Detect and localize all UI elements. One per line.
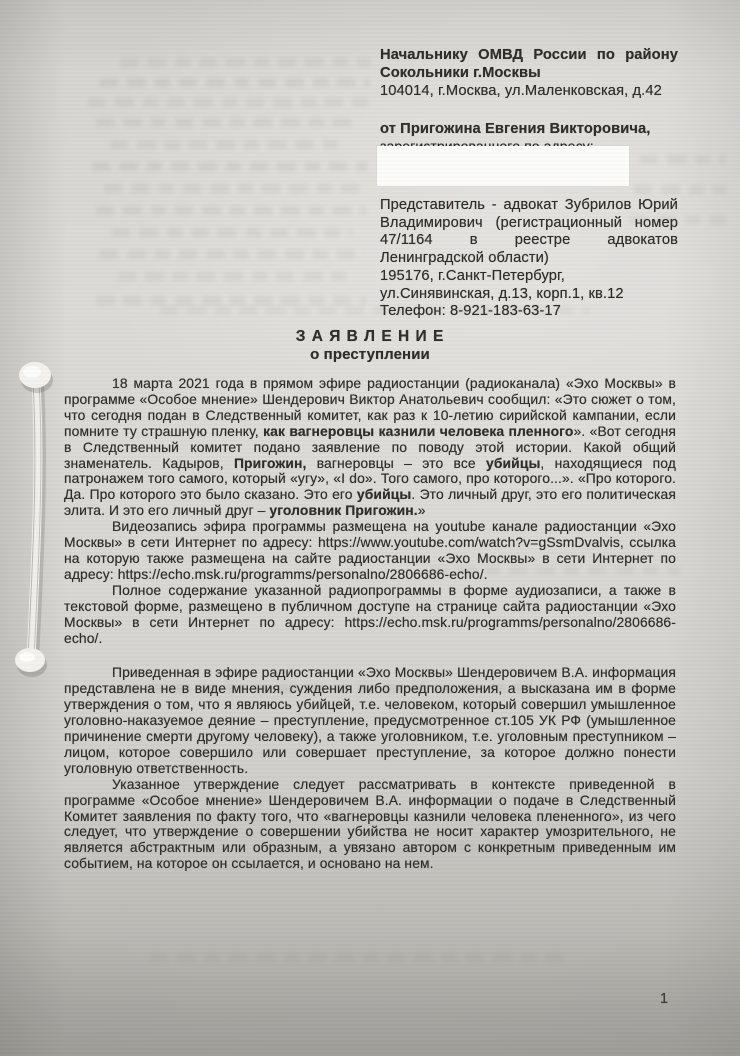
paragraph-1: 18 марта 2021 года в прямом эфире радиос…: [64, 376, 676, 519]
paragraph-2: Видеозапись эфира программы размещена на…: [64, 519, 676, 583]
page-number: 1: [660, 991, 668, 1007]
statement-title-block: З А Я В Л Е Н И Е о преступлении: [64, 328, 676, 364]
document-photo: Начальнику ОМВД России по району Сокольн…: [0, 0, 740, 1056]
statement-body: 18 марта 2021 года в прямом эфире радиос…: [64, 376, 676, 872]
binding-fastener-icon: [6, 352, 60, 686]
addressee-address: 104014, г.Москва, ул.Маленковская, д.42: [380, 82, 678, 100]
paragraph-5: Указанное утверждение следует рассматрив…: [64, 777, 676, 872]
paragraph-3: Полное содержание указанной радиопрограм…: [64, 583, 676, 647]
statement-title: З А Я В Л Е Н И Е: [64, 328, 676, 346]
addressee-line: Начальнику ОМВД России по району Сокольн…: [380, 46, 678, 82]
representative-line: Представитель - адвокат Зубрилов Юрий Вл…: [380, 197, 678, 268]
rep-phone: Телефон: 8-921-183-63-17: [380, 303, 678, 321]
redaction-box: [377, 146, 629, 186]
statement-subtitle: о преступлении: [64, 346, 676, 364]
rep-postal: 195176, г.Санкт-Петербург,: [380, 268, 678, 286]
rep-street: ул.Синявинская, д.13, корп.1, кв.12: [380, 286, 678, 304]
representative-block: Представитель - адвокат Зубрилов Юрий Вл…: [380, 197, 678, 321]
from-line: от Пригожина Евгения Викторовича,: [380, 120, 678, 138]
paragraph-4: Приведенная в эфире радиостанции «Эхо Мо…: [64, 665, 676, 776]
addressee-block: Начальнику ОМВД России по району Сокольн…: [380, 46, 678, 100]
